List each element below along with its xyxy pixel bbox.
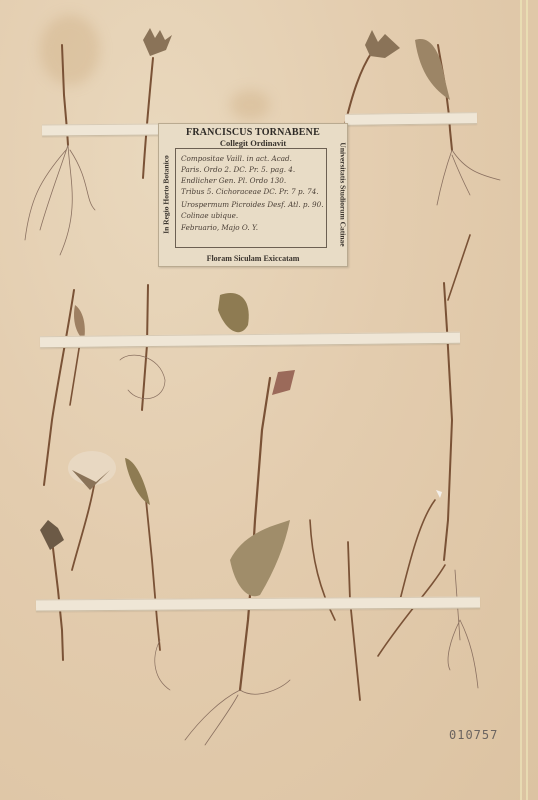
label-left-margin: In Regio Horto Botanico [162,136,171,254]
handwritten-line: Tribus 5. Cichoraceae DC. Pr. 7 p. 74. [181,187,319,196]
collector-name: FRANCISCUS TORNABENE [159,127,347,138]
label-subheader: Collegit Ordinavit [159,138,347,148]
handwritten-line: Urospermum Picroides Desf. Atl. p. 90. [181,200,324,209]
catalog-number: 010757 [449,728,498,742]
handwritten-line: Endlicher Gen. Pl. Ordo 130. [181,176,286,185]
mounting-strip [345,112,477,126]
handwritten-line: Compositae Vaill. in act. Acad. [181,154,292,163]
label-inner-frame [175,148,327,248]
handwritten-line: Colinae ubique. [181,211,238,220]
label-footer: Floram Siculam Exiccatam [159,254,347,263]
specimen-label: FRANCISCUS TORNABENE Collegit Ordinavit … [158,123,348,267]
mounting-strip [42,123,162,136]
label-right-margin: Universitatis Studiorum Catinae [339,131,348,259]
herbarium-sheet: FRANCISCUS TORNABENE Collegit Ordinavit … [0,0,538,800]
handwritten-line: Paris. Ordo 2. DC. Pr. 5. pag. 4. [181,165,295,174]
handwritten-line: Februario, Majo O. Y. [181,223,258,232]
